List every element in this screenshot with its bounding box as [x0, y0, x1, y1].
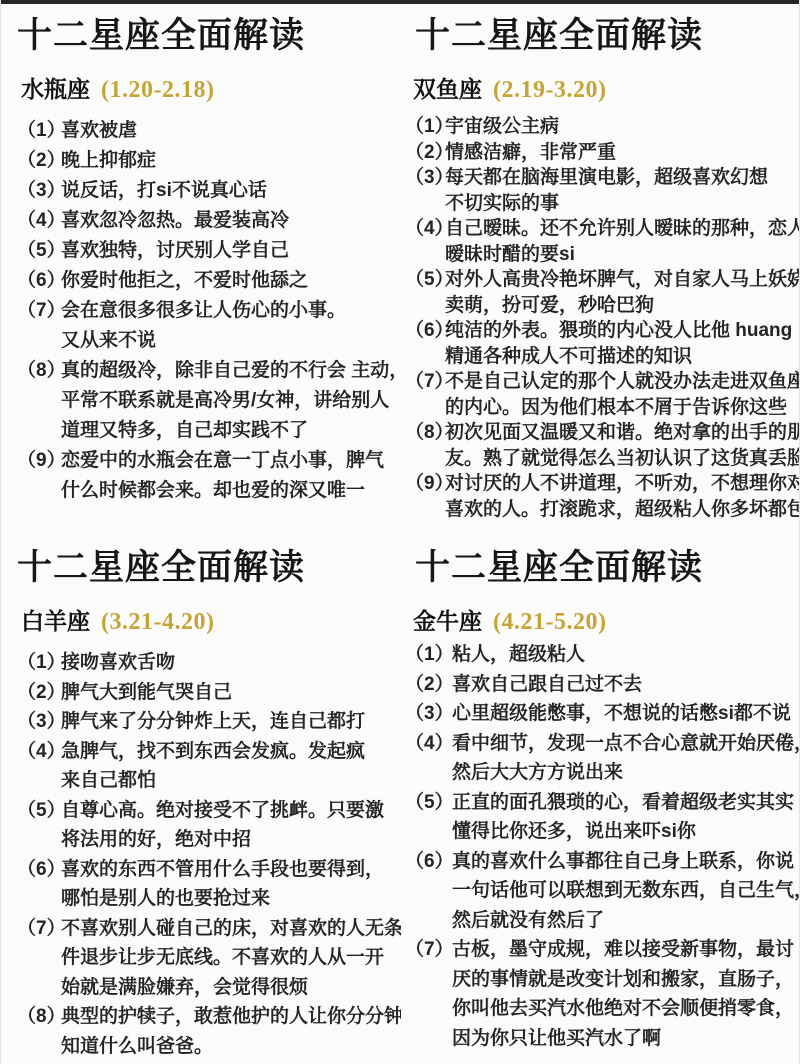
list-item: （7）会在意很多很多让人伤心的小事。又从来不说: [17, 296, 397, 356]
list-item: （8）典型的护犊子，敢惹他护的人让你分分钟知道什么叫爸爸。: [17, 1002, 397, 1061]
quadrant-grid: 十二星座全面解读 水瓶座 (1.20-2.18) （1）喜欢被虐（2）晚上抑郁症…: [1, 0, 799, 1064]
trait-list: （1）接吻喜欢舌吻（2）脾气大到能气哭自己（3）脾气来了分分钟炸上天，连自己都打…: [17, 648, 397, 1061]
item-number: （8）: [405, 420, 454, 446]
item-number: （2）: [17, 678, 66, 708]
item-number: （1）: [17, 116, 66, 146]
item-line: 喜欢的人。打滚跪求，超级粘人你多坏都包容你: [405, 497, 800, 523]
item-number: （5）: [17, 236, 66, 266]
item-line: 哪怕是别人的也要抢过来: [17, 884, 397, 914]
item-number: （5）: [405, 788, 454, 818]
list-item: （6） 喜欢的东西不管用什么手段也要得到，哪怕是别人的也要抢过来: [17, 855, 397, 914]
list-item: （5）正直的面孔猥琐的心，看着超级老实其实懂得比你还多，说出来吓si你: [405, 788, 800, 847]
item-line: （6）你爱时他拒之，不爱时他舔之: [17, 266, 397, 296]
list-item: （4）自己暧昧。还不允许别人暧昧的那种，恋人暧昧时醋的要si: [405, 216, 800, 267]
trait-list: （1）喜欢被虐（2）晚上抑郁症（3）说反话，打si不说真心话（4）喜欢忽冷忽热。…: [17, 116, 397, 506]
item-number: （7）: [17, 296, 66, 326]
sign-name: 双鱼座: [413, 77, 482, 102]
item-number: （3）: [405, 699, 454, 729]
item-line: （3）说反话，打si不说真心话: [17, 176, 397, 206]
item-line: （4）自己暧昧。还不允许别人暧昧的那种，恋人: [405, 216, 800, 242]
item-line: （4）喜欢忽冷忽热。最爱装高冷: [17, 206, 397, 236]
quadrant-taurus: 十二星座全面解读 金牛座 (4.21-5.20) （1）粘人，超级粘人（2）喜欢…: [401, 532, 800, 1064]
list-item: （7）古板，墨守成规，难以接受新事物，最讨厌的事情就是改变计划和搬家，直肠子，你…: [405, 935, 800, 1053]
quadrant-pisces: 十二星座全面解读 双鱼座 (2.19-3.20) （1）宇宙级公主病（2）情感洁…: [401, 0, 800, 532]
list-item: （4）看中细节，发现一点不合心意就开始厌倦，然后大大方方说出来: [405, 729, 800, 788]
list-item: （6） 纯洁的外表。猥琐的内心没人比他 huang精通各种成人不可描述的知识: [405, 318, 800, 369]
sign-subhead: 金牛座 (4.21-5.20): [413, 606, 800, 638]
item-number: （4）: [17, 737, 66, 767]
item-line: （5）正直的面孔猥琐的心，看着超级老实其实: [405, 788, 800, 818]
item-line: （9）对讨厌的人不讲道理，不听劝，不想理你对: [405, 471, 800, 497]
item-number: （2）: [17, 146, 66, 176]
item-line: 始就是满脸嫌弃，会觉得很烦: [17, 973, 397, 1003]
list-item: （1）喜欢被虐: [17, 116, 397, 146]
list-item: （5）自尊心高。绝对接受不了挑衅。只要激将法用的好，绝对中招: [17, 796, 397, 855]
sign-subhead: 水瓶座 (1.20-2.18): [21, 74, 397, 106]
item-number: （1）: [17, 648, 66, 678]
item-number: （8）: [17, 1002, 66, 1032]
item-number: （9）: [405, 471, 454, 497]
quadrant-aquarius: 十二星座全面解读 水瓶座 (1.20-2.18) （1）喜欢被虐（2）晚上抑郁症…: [1, 0, 401, 532]
item-number: （7）: [17, 914, 66, 944]
item-number: （7）: [405, 369, 454, 395]
item-line: （7）古板，墨守成规，难以接受新事物，最讨: [405, 935, 800, 965]
page-title: 十二星座全面解读: [17, 546, 397, 590]
item-line: 然后就没有然后了: [405, 906, 800, 936]
sign-name: 白羊座: [21, 609, 90, 634]
sign-date-range: (1.20-2.18): [101, 77, 214, 103]
list-item: （2）晚上抑郁症: [17, 146, 397, 176]
list-item: （4）喜欢忽冷忽热。最爱装高冷: [17, 206, 397, 236]
item-line: （6） 真的喜欢什么事都往自己身上联系，你说: [405, 847, 800, 877]
page-title: 十二星座全面解读: [415, 14, 800, 58]
list-item: （6） 真的喜欢什么事都往自己身上联系，你说一句话他可以联想到无数东西，自己生气…: [405, 847, 800, 936]
item-line: （3）心里超级能憋事，不想说的话憋si都不说: [405, 699, 800, 729]
item-number: （5）: [17, 796, 66, 826]
list-item: （1）接吻喜欢舌吻: [17, 648, 397, 678]
list-item: （9）恋爱中的水瓶会在意一丁点小事，脾气什么时候都会来。却也爱的深又唯一: [17, 446, 397, 506]
item-line: 道理又特多，自己却实践不了: [17, 416, 397, 446]
list-item: （2）喜欢自己跟自己过不去: [405, 670, 800, 700]
sign-name: 金牛座: [413, 609, 482, 634]
item-line: （6） 纯洁的外表。猥琐的内心没人比他 huang: [405, 318, 800, 344]
item-line: （6） 喜欢的东西不管用什么手段也要得到，: [17, 855, 397, 885]
page-title: 十二星座全面解读: [415, 546, 800, 590]
list-item: （1）粘人，超级粘人: [405, 640, 800, 670]
zodiac-infographic-page: 十二星座全面解读 水瓶座 (1.20-2.18) （1）喜欢被虐（2）晚上抑郁症…: [0, 0, 800, 1064]
list-item: （5）对外人高贵冷艳坏脾气，对自家人马上妖娆卖萌，扮可爱，秒哈巴狗: [405, 267, 800, 318]
item-number: （2）: [405, 140, 454, 166]
item-line: （1）宇宙级公主病: [405, 114, 800, 140]
list-item: （1）宇宙级公主病: [405, 114, 800, 140]
item-line: （2）情感洁癖，非常严重: [405, 140, 800, 166]
sign-date-range: (3.21-4.20): [101, 609, 214, 635]
item-number: （3）: [17, 707, 66, 737]
item-line: 又从来不说: [17, 326, 397, 356]
item-line: （5）自尊心高。绝对接受不了挑衅。只要激: [17, 796, 397, 826]
trait-list: （1）宇宙级公主病（2）情感洁癖，非常严重（3）每天都在脑海里演电影，超级喜欢幻…: [405, 114, 800, 522]
sign-name: 水瓶座: [21, 77, 90, 102]
item-line: （1）喜欢被虐: [17, 116, 397, 146]
item-line: 因为你只让他买汽水了啊: [405, 1024, 800, 1054]
sign-subhead: 白羊座 (3.21-4.20): [21, 606, 397, 638]
item-number: （4）: [405, 216, 454, 242]
item-line: （8）典型的护犊子，敢惹他护的人让你分分钟: [17, 1002, 397, 1032]
item-line: 厌的事情就是改变计划和搬家，直肠子，: [405, 965, 800, 995]
item-line: 懂得比你还多，说出来吓si你: [405, 817, 800, 847]
item-line: 友。熟了就觉得怎么当初认识了这货真丢脸: [405, 446, 800, 472]
item-line: （1）接吻喜欢舌吻: [17, 648, 397, 678]
item-line: （3）每天都在脑海里演电影，超级喜欢幻想: [405, 165, 800, 191]
list-item: （3）心里超级能憋事，不想说的话憋si都不说: [405, 699, 800, 729]
list-item: （7）不喜欢别人碰自己的床，对喜欢的人无条件退步让步无底线。不喜欢的人从一开始就…: [17, 914, 397, 1003]
item-line: 知道什么叫爸爸。: [17, 1032, 397, 1062]
list-item: （3）说反话，打si不说真心话: [17, 176, 397, 206]
list-item: （4）急脾气，找不到东西会发疯。发起疯来自己都怕: [17, 737, 397, 796]
item-line: 一句话他可以联想到无数东西，自己生气，: [405, 876, 800, 906]
item-line: （2）晚上抑郁症: [17, 146, 397, 176]
item-number: （6）: [17, 266, 66, 296]
item-line: （1）粘人，超级粘人: [405, 640, 800, 670]
list-item: （6）你爱时他拒之，不爱时他舔之: [17, 266, 397, 296]
item-line: （4）急脾气，找不到东西会发疯。发起疯: [17, 737, 397, 767]
top-border-strip: [1, 0, 799, 4]
item-number: （2）: [405, 670, 454, 700]
item-line: （4）看中细节，发现一点不合心意就开始厌倦，: [405, 729, 800, 759]
item-line: 什么时候都会来。却也爱的深又唯一: [17, 476, 397, 506]
item-line: （8）初次见面又温暖又和谐。绝对拿的出手的朋: [405, 420, 800, 446]
item-line: 的内心。因为他们根本不屑于告诉你这些: [405, 395, 800, 421]
list-item: （5）喜欢独特，讨厌别人学自己: [17, 236, 397, 266]
item-number: （1）: [405, 640, 454, 670]
quadrant-aries: 十二星座全面解读 白羊座 (3.21-4.20) （1）接吻喜欢舌吻（2）脾气大…: [1, 532, 401, 1064]
item-number: （8）: [17, 356, 66, 386]
item-line: （7）不是自己认定的那个人就没办法走进双鱼座: [405, 369, 800, 395]
item-number: （4）: [405, 729, 454, 759]
item-line: 你叫他去买汽水他绝对不会顺便捎零食，: [405, 994, 800, 1024]
list-item: （3）每天都在脑海里演电影，超级喜欢幻想不切实际的事: [405, 165, 800, 216]
list-item: （2）脾气大到能气哭自己: [17, 678, 397, 708]
item-line: 平常不联系就是高冷男/女神，讲给别人: [17, 386, 397, 416]
item-line: 精通各种成人不可描述的知识: [405, 344, 800, 370]
list-item: （8）真的超级冷，除非自己爱的不行会 主动，平常不联系就是高冷男/女神，讲给别人…: [17, 356, 397, 446]
sign-date-range: (2.19-3.20): [493, 77, 606, 103]
item-line: 暧昧时醋的要si: [405, 242, 800, 268]
item-line: （3）脾气来了分分钟炸上天，连自己都打: [17, 707, 397, 737]
item-line: （2）脾气大到能气哭自己: [17, 678, 397, 708]
item-line: （7）会在意很多很多让人伤心的小事。: [17, 296, 397, 326]
item-number: （3）: [17, 176, 66, 206]
item-line: （2）喜欢自己跟自己过不去: [405, 670, 800, 700]
item-line: 来自己都怕: [17, 766, 397, 796]
item-number: （1）: [405, 114, 454, 140]
list-item: （2）情感洁癖，非常严重: [405, 140, 800, 166]
list-item: （7）不是自己认定的那个人就没办法走进双鱼座的内心。因为他们根本不屑于告诉你这些: [405, 369, 800, 420]
trait-list: （1）粘人，超级粘人（2）喜欢自己跟自己过不去（3）心里超级能憋事，不想说的话憋…: [405, 640, 800, 1053]
item-number: （6）: [405, 847, 454, 877]
item-number: （4）: [17, 206, 66, 236]
item-line: （7）不喜欢别人碰自己的床，对喜欢的人无条: [17, 914, 397, 944]
sign-date-range: (4.21-5.20): [493, 609, 606, 635]
item-line: （5）喜欢独特，讨厌别人学自己: [17, 236, 397, 266]
list-item: （8）初次见面又温暖又和谐。绝对拿的出手的朋友。熟了就觉得怎么当初认识了这货真丢…: [405, 420, 800, 471]
item-line: （8）真的超级冷，除非自己爱的不行会 主动，: [17, 356, 397, 386]
item-number: （3）: [405, 165, 454, 191]
item-number: （7）: [405, 935, 454, 965]
list-item: （3）脾气来了分分钟炸上天，连自己都打: [17, 707, 397, 737]
item-number: （5）: [405, 267, 454, 293]
item-line: 不切实际的事: [405, 191, 800, 217]
item-line: 卖萌，扮可爱，秒哈巴狗: [405, 293, 800, 319]
item-number: （9）: [17, 446, 66, 476]
item-line: 将法用的好，绝对中招: [17, 825, 397, 855]
item-line: 然后大大方方说出来: [405, 758, 800, 788]
list-item: （9）对讨厌的人不讲道理，不听劝，不想理你对喜欢的人。打滚跪求，超级粘人你多坏都…: [405, 471, 800, 522]
item-line: （5）对外人高贵冷艳坏脾气，对自家人马上妖娆: [405, 267, 800, 293]
page-title: 十二星座全面解读: [17, 14, 397, 58]
sign-subhead: 双鱼座 (2.19-3.20): [413, 74, 800, 106]
item-number: （6）: [405, 318, 454, 344]
item-line: 件退步让步无底线。不喜欢的人从一开: [17, 943, 397, 973]
item-number: （6）: [17, 855, 66, 885]
item-line: （9）恋爱中的水瓶会在意一丁点小事，脾气: [17, 446, 397, 476]
